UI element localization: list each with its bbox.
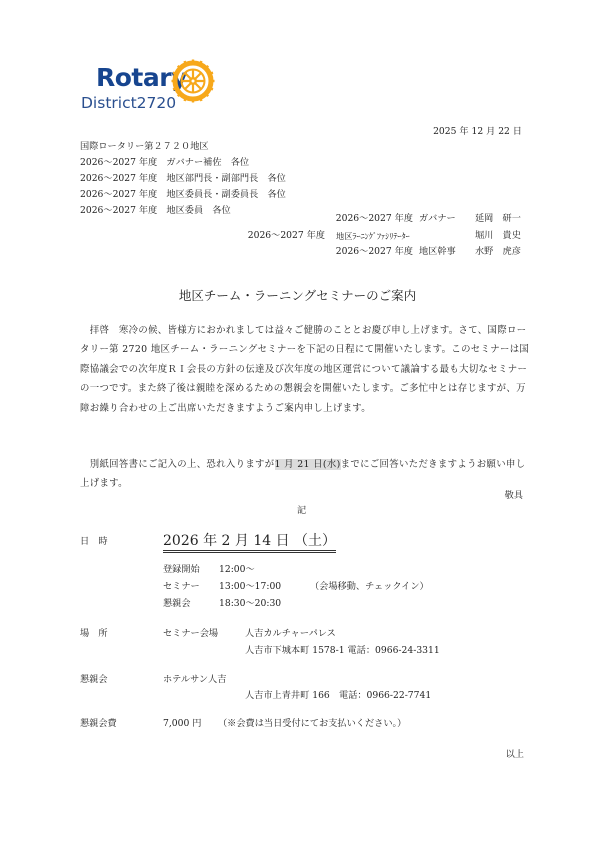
- schedule-time: 13:00～17:00: [219, 581, 281, 593]
- schedule-label: 懇親会: [163, 598, 191, 610]
- event-date: 2026 年 2 月 14 日 （土）: [163, 530, 336, 550]
- sender-role: 地区ﾗｰﾆﾝｸﾞﾌｧｼﾘﾃｰﾀｰ: [336, 230, 410, 242]
- sender-name: 延岡 研一: [475, 213, 521, 225]
- fee-label: 懇親会費: [80, 718, 117, 730]
- recipient-line: 2026～2027 年度 ガバナー補佐 各位: [80, 157, 249, 169]
- venue-address: 人吉市下城本町 1578-1 電話：0966-24-3311: [245, 645, 440, 657]
- venue-type: セミナー会場: [163, 628, 218, 640]
- schedule-note: （会場移動、チェックイン）: [310, 581, 429, 593]
- party-venue: ホテルサン人吉: [163, 674, 226, 686]
- event-date-text: 2026 年 2 月 14 日 （土）: [163, 533, 336, 553]
- sender-role: 地区幹事: [419, 246, 456, 258]
- recipient-line: 2026～2027 年度 地区委員 各位: [80, 205, 231, 217]
- datetime-label: 日 時: [80, 536, 108, 548]
- fee-amount: 7,000 円: [163, 718, 201, 730]
- sender-term: 2026～2027 年度: [336, 246, 413, 258]
- document-title: 地区チーム・ラーニングセミナーのご案内: [0, 288, 595, 304]
- recipient-line: 2026～2027 年度 地区部門長・副部門長 各位: [80, 173, 286, 185]
- venue-name: 人吉カルチャーパレス: [245, 628, 336, 640]
- end-mark: 以上: [506, 749, 524, 761]
- logo-district: District2720: [81, 94, 176, 112]
- body-paragraph: 拝啓 寒冷の候、皆様方におかれましては益々ご健勝のこととお慶び申し上げます。さて…: [80, 321, 530, 418]
- reply-deadline: 1 月 21 日(水): [275, 459, 341, 470]
- fee-note: （※会費は当日受付にてお支払いください。）: [218, 718, 406, 730]
- venue-label: 場 所: [80, 628, 108, 640]
- reply-text-before: 別紙回答書にご記入の上、恐れ入りますが: [80, 459, 275, 470]
- party-label: 懇親会: [80, 674, 108, 686]
- schedule-label: 登録開始: [163, 564, 200, 576]
- sender-name: 水野 虎彦: [475, 246, 521, 258]
- recipient-line: 2026～2027 年度 地区委員長・副委員長 各位: [80, 189, 286, 201]
- party-address: 人吉市上青井町 166 電話：0966-22-7741: [245, 690, 431, 702]
- schedule-time: 12:00～: [219, 564, 255, 576]
- schedule-label: セミナー: [163, 581, 200, 593]
- schedule-time: 18:30～20:30: [219, 598, 281, 610]
- sender-role: ガバナー: [419, 213, 456, 225]
- recipient-line: 国際ロータリー第２７２０地区: [80, 141, 209, 153]
- sender-term: 2026～2027 年度: [336, 213, 413, 225]
- reply-request: 別紙回答書にご記入の上、恐れ入りますが1 月 21 日(水)までにご回答いただき…: [80, 455, 530, 494]
- issue-date: 2025 年 12 月 22 日: [433, 126, 522, 138]
- closing-keigu: 敬具: [505, 490, 523, 502]
- sender-name: 堀川 貴史: [475, 230, 521, 242]
- ki-heading: 記: [297, 505, 306, 517]
- rotary-wheel-icon: [171, 59, 215, 103]
- sender-term: 2026～2027 年度: [248, 230, 325, 242]
